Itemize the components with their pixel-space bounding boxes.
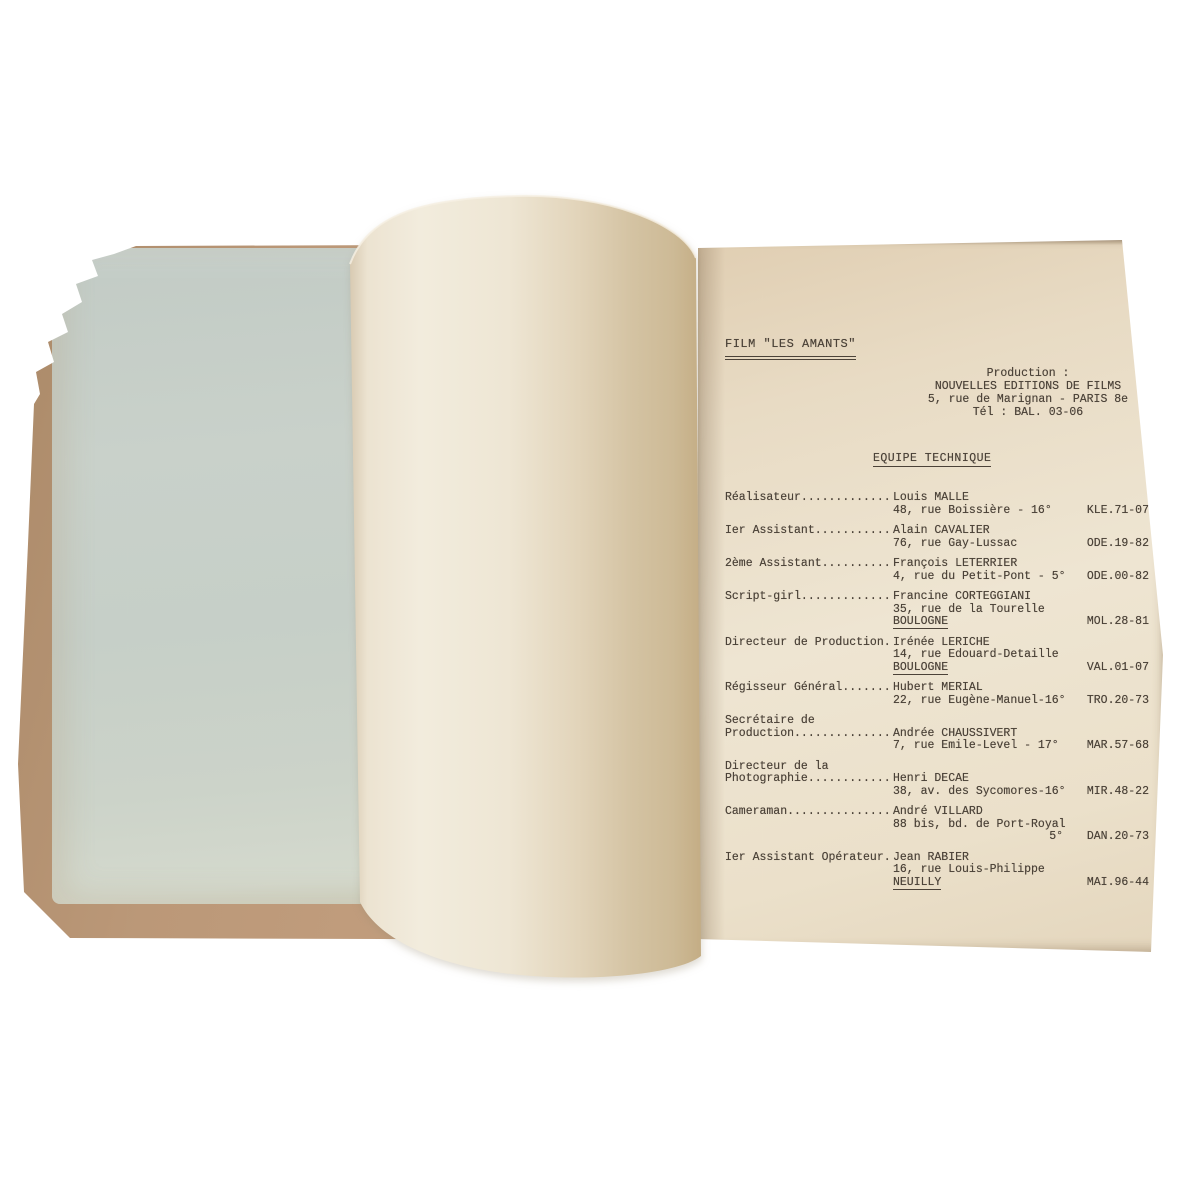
crew-row: Ier Assistant........... Alain CAVALIER7… — [725, 525, 1149, 550]
crew-table: Réalisateur............. Louis MALLE48, … — [725, 492, 1149, 897]
role-cell: Secrétaire deProduction.............. — [725, 715, 893, 753]
production-phone: Tél : BAL. 03-06 — [900, 406, 1156, 419]
person-address-cell: François LETERRIER4, rue du Petit-Pont -… — [893, 558, 1067, 583]
typed-document-page: FILM "LES AMANTS" Production : NOUVELLES… — [695, 240, 1165, 952]
crew-row: Ier Assistant Opérateur. Jean RABIER16, … — [725, 852, 1149, 890]
address-line: 48, rue Boissière - 16° — [893, 505, 1067, 518]
role-line: Script-girl............. — [725, 591, 893, 604]
turning-page-surface — [350, 196, 701, 978]
phone-cell: TRO.20-73 — [1067, 682, 1149, 707]
crew-row: Directeur de Production. Irénée LERICHE1… — [725, 637, 1149, 675]
phone-cell: ODE.19-82 — [1067, 525, 1149, 550]
role-cell: Réalisateur............. — [725, 492, 893, 517]
crew-row: 2ème Assistant.......... François LETERR… — [725, 558, 1149, 583]
address-line: 7, rue Emile-Level - 17° — [893, 740, 1067, 753]
person-address-cell: Jean RABIER16, rue Louis-PhilippeNEUILLY — [893, 852, 1067, 890]
role-cell: Ier Assistant Opérateur. — [725, 852, 893, 890]
address-line-right: 5° — [893, 831, 1067, 844]
phone-cell: DAN.20-73 — [1067, 806, 1149, 844]
phone-cell: MAI.96-44 — [1067, 852, 1149, 890]
crew-row: Secrétaire deProduction.............. An… — [725, 715, 1149, 753]
city-name-text: NEUILLY — [893, 876, 941, 890]
role-line: Régisseur Général....... — [725, 682, 893, 695]
phone-number: MOL.28-81 — [1087, 616, 1149, 629]
crew-row: Directeur de laPhotographie............ … — [725, 761, 1149, 799]
phone-cell: VAL.01-07 — [1067, 637, 1149, 675]
production-company: NOUVELLES EDITIONS DE FILMS — [900, 380, 1156, 393]
role-cell: Script-girl............. — [725, 591, 893, 629]
person-name: Francine CORTEGGIANI — [893, 591, 1067, 604]
phone-number: VAL.01-07 — [1087, 662, 1149, 675]
person-address-cell: Francine CORTEGGIANI35, rue de la Tourel… — [893, 591, 1067, 629]
section-title: EQUIPE TECHNIQUE — [873, 452, 991, 467]
role-line: Production.............. — [725, 728, 893, 741]
crew-row: Script-girl............. Francine CORTEG… — [725, 591, 1149, 629]
role-cell: Ier Assistant........... — [725, 525, 893, 550]
person-address-cell: Louis MALLE48, rue Boissière - 16° — [893, 492, 1067, 517]
role-line: Réalisateur............. — [725, 492, 893, 505]
city-name: BOULOGNE — [893, 616, 1067, 629]
photo-of-open-booklet: FILM "LES AMANTS" Production : NOUVELLES… — [0, 0, 1200, 1200]
phone-cell: KLE.71-07 — [1067, 492, 1149, 517]
role-line: Secrétaire de — [725, 715, 893, 728]
phone-cell: MIR.48-22 — [1067, 761, 1149, 799]
address-line: 4, rue du Petit-Pont - 5° — [893, 571, 1067, 584]
person-name: Louis MALLE — [893, 492, 1067, 505]
production-block: Production : NOUVELLES EDITIONS DE FILMS… — [900, 367, 1156, 419]
role-line: Ier Assistant Opérateur. — [725, 852, 893, 865]
role-line: 2ème Assistant.......... — [725, 558, 893, 571]
phone-number: KLE.71-07 — [1087, 505, 1149, 518]
role-cell: Cameraman............... — [725, 806, 893, 844]
production-address: 5, rue de Marignan - PARIS 8e — [900, 393, 1156, 406]
city-name-text: BOULOGNE — [893, 661, 948, 675]
person-address-cell: Hubert MERIAL22, rue Eugène-Manuel-16° — [893, 682, 1067, 707]
person-address-cell: André VILLARD88 bis, bd. de Port-Royal5° — [893, 806, 1067, 844]
address-line: 16, rue Louis-Philippe — [893, 864, 1067, 877]
phone-cell: MOL.28-81 — [1067, 591, 1149, 629]
person-name: Hubert MERIAL — [893, 682, 1067, 695]
phone-number: MIR.48-22 — [1087, 786, 1149, 799]
city-name: BOULOGNE — [893, 662, 1067, 675]
person-name: André VILLARD — [893, 806, 1067, 819]
role-cell: 2ème Assistant.......... — [725, 558, 893, 583]
person-address-cell: Irénée LERICHE14, rue Edouard-DetailleBO… — [893, 637, 1067, 675]
role-line: Ier Assistant........... — [725, 525, 893, 538]
phone-number: TRO.20-73 — [1087, 695, 1149, 708]
address-line: 14, rue Edouard-Detaille — [893, 649, 1067, 662]
person-name: Henri DECAE — [893, 773, 1067, 786]
address-line: 22, rue Eugène-Manuel-16° — [893, 695, 1067, 708]
role-cell: Directeur de Production. — [725, 637, 893, 675]
phone-number: DAN.20-73 — [1087, 831, 1149, 844]
address-line: 38, av. des Sycomores-16° — [893, 786, 1067, 799]
film-title: FILM "LES AMANTS" — [725, 337, 856, 360]
address-line: 76, rue Gay-Lussac — [893, 538, 1067, 551]
role-line: Cameraman............... — [725, 806, 893, 819]
phone-number: MAI.96-44 — [1087, 877, 1149, 890]
role-cell: Directeur de laPhotographie............ — [725, 761, 893, 799]
person-name: Alain CAVALIER — [893, 525, 1067, 538]
role-cell: Régisseur Général....... — [725, 682, 893, 707]
address-line: 88 bis, bd. de Port-Royal — [893, 819, 1067, 832]
person-address-cell: Alain CAVALIER76, rue Gay-Lussac — [893, 525, 1067, 550]
production-label: Production : — [900, 367, 1156, 380]
city-name: NEUILLY — [893, 877, 1067, 890]
person-address-cell: Andrée CHAUSSIVERT7, rue Emile-Level - 1… — [893, 728, 1067, 753]
role-line: Directeur de Production. — [725, 637, 893, 650]
crew-row: Régisseur Général....... Hubert MERIAL22… — [725, 682, 1149, 707]
phone-number: MAR.57-68 — [1087, 740, 1149, 753]
crew-row: Cameraman............... André VILLARD88… — [725, 806, 1149, 844]
phone-cell: ODE.00-82 — [1067, 558, 1149, 583]
phone-number: ODE.00-82 — [1087, 571, 1149, 584]
turning-page — [338, 186, 710, 986]
city-name-text: BOULOGNE — [893, 615, 948, 629]
phone-cell: MAR.57-68 — [1067, 715, 1149, 753]
crew-row: Réalisateur............. Louis MALLE48, … — [725, 492, 1149, 517]
person-address-cell: Henri DECAE38, av. des Sycomores-16° — [893, 773, 1067, 798]
phone-number: ODE.19-82 — [1087, 538, 1149, 551]
person-name: François LETERRIER — [893, 558, 1067, 571]
role-line: Photographie............ — [725, 773, 893, 786]
